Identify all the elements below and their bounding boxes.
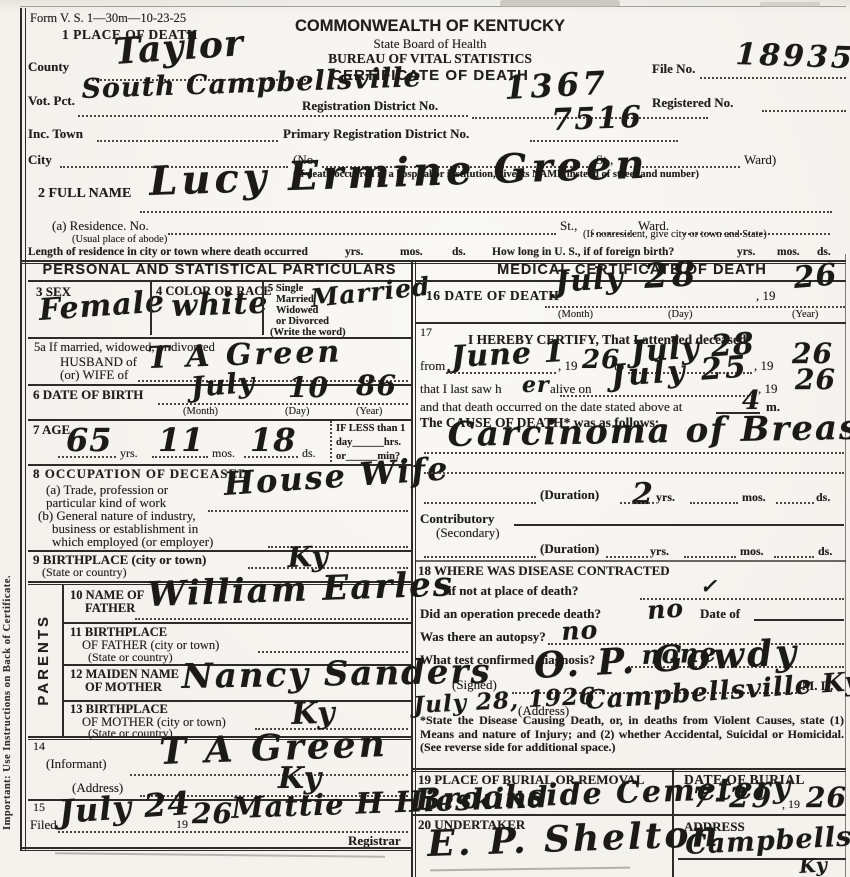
parents-section-label-box: PARENTS	[28, 585, 60, 735]
duration-yrs-caption: yrs.	[656, 491, 675, 504]
date-of-death-year: 26	[792, 260, 838, 294]
informant-number: 14	[33, 740, 45, 753]
cause-of-death-value: Carcinoma of Breast	[447, 410, 850, 452]
scan-artifact	[430, 867, 630, 872]
nonresident-note: (If nonresident, give city or town and S…	[583, 229, 767, 240]
inc-town-line	[97, 140, 278, 142]
filed-number: 15	[33, 801, 45, 814]
duration-mos-line	[690, 502, 738, 504]
duration2-ds-line	[774, 556, 814, 558]
left-column-bottom-rule	[20, 847, 413, 851]
full-name-label: 2 FULL NAME	[38, 186, 131, 201]
age-months-line	[152, 456, 208, 458]
file-no-line	[700, 77, 846, 79]
sex-color-divider	[150, 280, 152, 335]
dod-month-caption: (Month)	[558, 309, 593, 320]
us-yrs-label: yrs.	[737, 246, 755, 258]
full-name-value: Lucy Ermine Green	[149, 145, 650, 202]
vot-pct-label: Vot. Pct.	[28, 94, 75, 108]
marital-option-single: 5 Single	[268, 283, 303, 294]
parents-inner-divider	[62, 585, 64, 736]
length-ds-label: ds.	[452, 246, 466, 258]
registered-no-line	[762, 110, 846, 112]
contributory-label: Contributory	[420, 512, 494, 526]
us-ds-label: ds.	[817, 246, 831, 258]
informant-line	[130, 774, 408, 776]
abode-note: (Usual place of abode)	[72, 234, 167, 245]
father-birthplace-label3: (State or country)	[88, 651, 173, 664]
last-saw-label1: that I last saw h	[420, 382, 502, 396]
age-mos-caption: mos.	[212, 447, 235, 460]
margin-instructions-note: Important: Use Instructions on Back of C…	[2, 250, 13, 830]
burial-date-value: 7-29	[692, 784, 774, 812]
cause-line-2	[424, 472, 844, 474]
dob-day-value: 10	[288, 374, 329, 402]
to-year-print: , 19	[754, 359, 774, 373]
registered-no-label: Registered No.	[652, 96, 733, 110]
wife-of-label: (or) WIFE of	[60, 368, 128, 382]
father-name-value: William Earles	[147, 567, 455, 612]
full-name-line	[140, 211, 832, 213]
form-code: Form V. S. 1—30m—10-23-25	[30, 12, 186, 26]
county-value: Taylor	[112, 25, 244, 70]
filed-date-value: July 24	[58, 787, 192, 828]
color-marital-divider	[262, 280, 264, 335]
primary-registration-label: Primary Registration District No.	[283, 127, 469, 141]
dod-year-caption: (Year)	[792, 309, 818, 320]
dob-month-caption: (Month)	[183, 406, 218, 417]
file-no-label: File No.	[652, 62, 695, 76]
commonwealth-title: COMMONWEALTH OF KENTUCKY	[270, 18, 590, 36]
mother-name-label2: OF MOTHER	[85, 681, 162, 695]
where-contracted-label: 18 WHERE WAS DISEASE CONTRACTED	[418, 564, 670, 578]
vot-pct-line	[78, 115, 468, 117]
father-name-label2: FATHER	[85, 602, 135, 616]
marital-option-married: Married	[276, 294, 314, 305]
dob-line	[158, 403, 408, 405]
dob-month-value: July	[190, 368, 257, 402]
rule-under-father-name	[62, 622, 411, 624]
duration2-label: (Duration)	[540, 542, 599, 556]
county-label: County	[28, 60, 69, 74]
duration2-yrs-caption: yrs.	[650, 545, 669, 558]
undertaker-address-state: Ky	[799, 856, 829, 877]
registrar-label: Registrar	[348, 834, 401, 848]
inc-town-label: Inc. Town	[28, 127, 83, 141]
if-less-line1: IF LESS than 1	[336, 423, 405, 434]
rule-above-where	[416, 560, 846, 562]
age-years-line	[58, 456, 116, 458]
date-of-death-day: 28	[643, 257, 700, 294]
duration2-mos-caption: mos.	[740, 545, 764, 558]
operation-date-line	[754, 619, 844, 621]
age-days-value: 18	[250, 424, 297, 456]
registration-district-value: 1367	[503, 67, 610, 104]
cause-footnote: *State the Disease Causing Death, or, in…	[420, 714, 844, 755]
residence-label: (a) Residence. No.	[52, 219, 149, 233]
father-name-line	[135, 618, 408, 620]
marital-option-divorced: or Divorced	[276, 316, 329, 327]
dob-day-caption: (Day)	[285, 406, 310, 417]
operation-date-of-label: Date of	[700, 607, 740, 621]
us-mos-label: mos.	[777, 246, 800, 258]
burial-year-print: , 19	[782, 798, 800, 811]
age-months-value: 11	[158, 424, 205, 456]
occupation-b-line3: which employed (or employer)	[52, 535, 213, 549]
duration-leader-line	[424, 502, 536, 504]
border-left-inner	[25, 8, 26, 850]
date-of-death-line	[545, 306, 845, 308]
rule-under-dod	[416, 322, 846, 324]
primary-registration-value: 7516	[551, 103, 643, 136]
sex-value: Female	[38, 287, 166, 326]
border-left-outer	[20, 8, 22, 850]
duration-label: (Duration)	[540, 488, 599, 502]
file-no-value: 18935	[735, 40, 850, 74]
contributory-line	[514, 524, 844, 526]
board-of-health-subtitle: State Board of Health	[270, 37, 590, 51]
dob-year-caption: (Year)	[356, 406, 382, 417]
parents-section-label: PARENTS	[36, 614, 52, 706]
occupation-value: House Wife	[223, 452, 451, 500]
filed-label: Filed	[30, 818, 57, 832]
city-label: City	[28, 153, 52, 167]
length-mos-label: mos.	[400, 246, 423, 258]
duration2-ds-caption: ds.	[818, 545, 832, 558]
duration2-mos-line	[684, 556, 736, 558]
dob-year-value: 86	[356, 372, 397, 400]
duration-ds-caption: ds.	[816, 491, 830, 504]
certify-number: 17	[420, 326, 432, 339]
residence-st-label: St.,	[560, 219, 577, 233]
attended-from-label: from	[420, 359, 445, 373]
age-years-value: 65	[66, 424, 113, 456]
date-of-death-year-print: , 19	[756, 289, 776, 303]
last-saw-label2: alive on	[550, 382, 592, 396]
ward-label: Ward)	[744, 153, 776, 167]
duration2-yrs-line	[606, 556, 648, 558]
from-year-print: , 19	[558, 359, 578, 373]
age-yrs-caption: yrs.	[120, 447, 138, 460]
birthplace-value: Ky	[287, 543, 329, 572]
autopsy-value: no	[561, 617, 599, 644]
burial-year-value: 26	[806, 784, 847, 812]
informant-value: T A Green	[159, 726, 389, 770]
duration-years-value: 2	[632, 480, 654, 510]
date-of-death-label: 16 DATE OF DEATH	[426, 289, 559, 304]
duration-ds-line	[776, 502, 814, 504]
bureau-subtitle: BUREAU OF VITAL STATISTICS	[270, 52, 590, 67]
last-saw-line	[560, 395, 756, 397]
duration2-leader-line	[424, 556, 536, 558]
where-contracted-sub-label: if not at place of death?	[448, 584, 578, 598]
personal-section-title: PERSONAL AND STATISTICAL PARTICULARS	[28, 263, 411, 279]
autopsy-label: Was there an autopsy?	[420, 630, 546, 644]
rule-top	[20, 6, 846, 7]
last-saw-her: er	[522, 374, 550, 396]
residence-line	[168, 233, 556, 235]
age-label: 7 AGE	[33, 423, 70, 437]
duration-mos-caption: mos.	[742, 491, 766, 504]
occupation-label: 8 OCCUPATION OF DECEASED	[33, 467, 249, 481]
if-less-line2: day______hrs.	[336, 437, 401, 448]
dod-day-caption: (Day)	[668, 309, 693, 320]
attended-from-date: June 1	[450, 337, 566, 373]
operation-value: no	[646, 595, 685, 623]
color-race-value: white	[171, 289, 269, 322]
informant-label: (Informant)	[46, 757, 107, 771]
last-saw-date: July 25	[610, 352, 750, 392]
length-yrs-label: yrs.	[345, 246, 363, 258]
undertaker-value: E. P. Shelton	[427, 816, 721, 862]
last-saw-year: 26	[795, 366, 836, 394]
registration-district-label: Registration District No.	[302, 99, 438, 113]
secondary-label: (Secondary)	[436, 526, 500, 540]
occupation-a-line	[208, 510, 408, 512]
cause-line-1	[424, 452, 844, 454]
duration-yrs-line	[620, 502, 654, 504]
death-certificate-document: Important: Use Instructions on Back of C…	[0, 0, 850, 877]
date-of-death-month: July	[554, 263, 625, 298]
dob-label: 6 DATE OF BIRTH	[33, 388, 143, 402]
medical-section-title: MEDICAL CERTIFICATE OF DEATH	[418, 263, 846, 279]
scan-artifact	[55, 852, 385, 857]
birthplace-sub-label: (State or country)	[42, 566, 127, 579]
medical-title-rule	[416, 280, 846, 282]
filed-year-value: 26	[192, 800, 233, 828]
checkmark-annotation: ✓	[700, 576, 718, 596]
age-ifless-divider	[330, 421, 332, 462]
filed-year-print: 19	[176, 818, 188, 831]
age-days-line	[244, 456, 298, 458]
length-of-residence-label: Length of residence in city or town wher…	[28, 246, 308, 258]
